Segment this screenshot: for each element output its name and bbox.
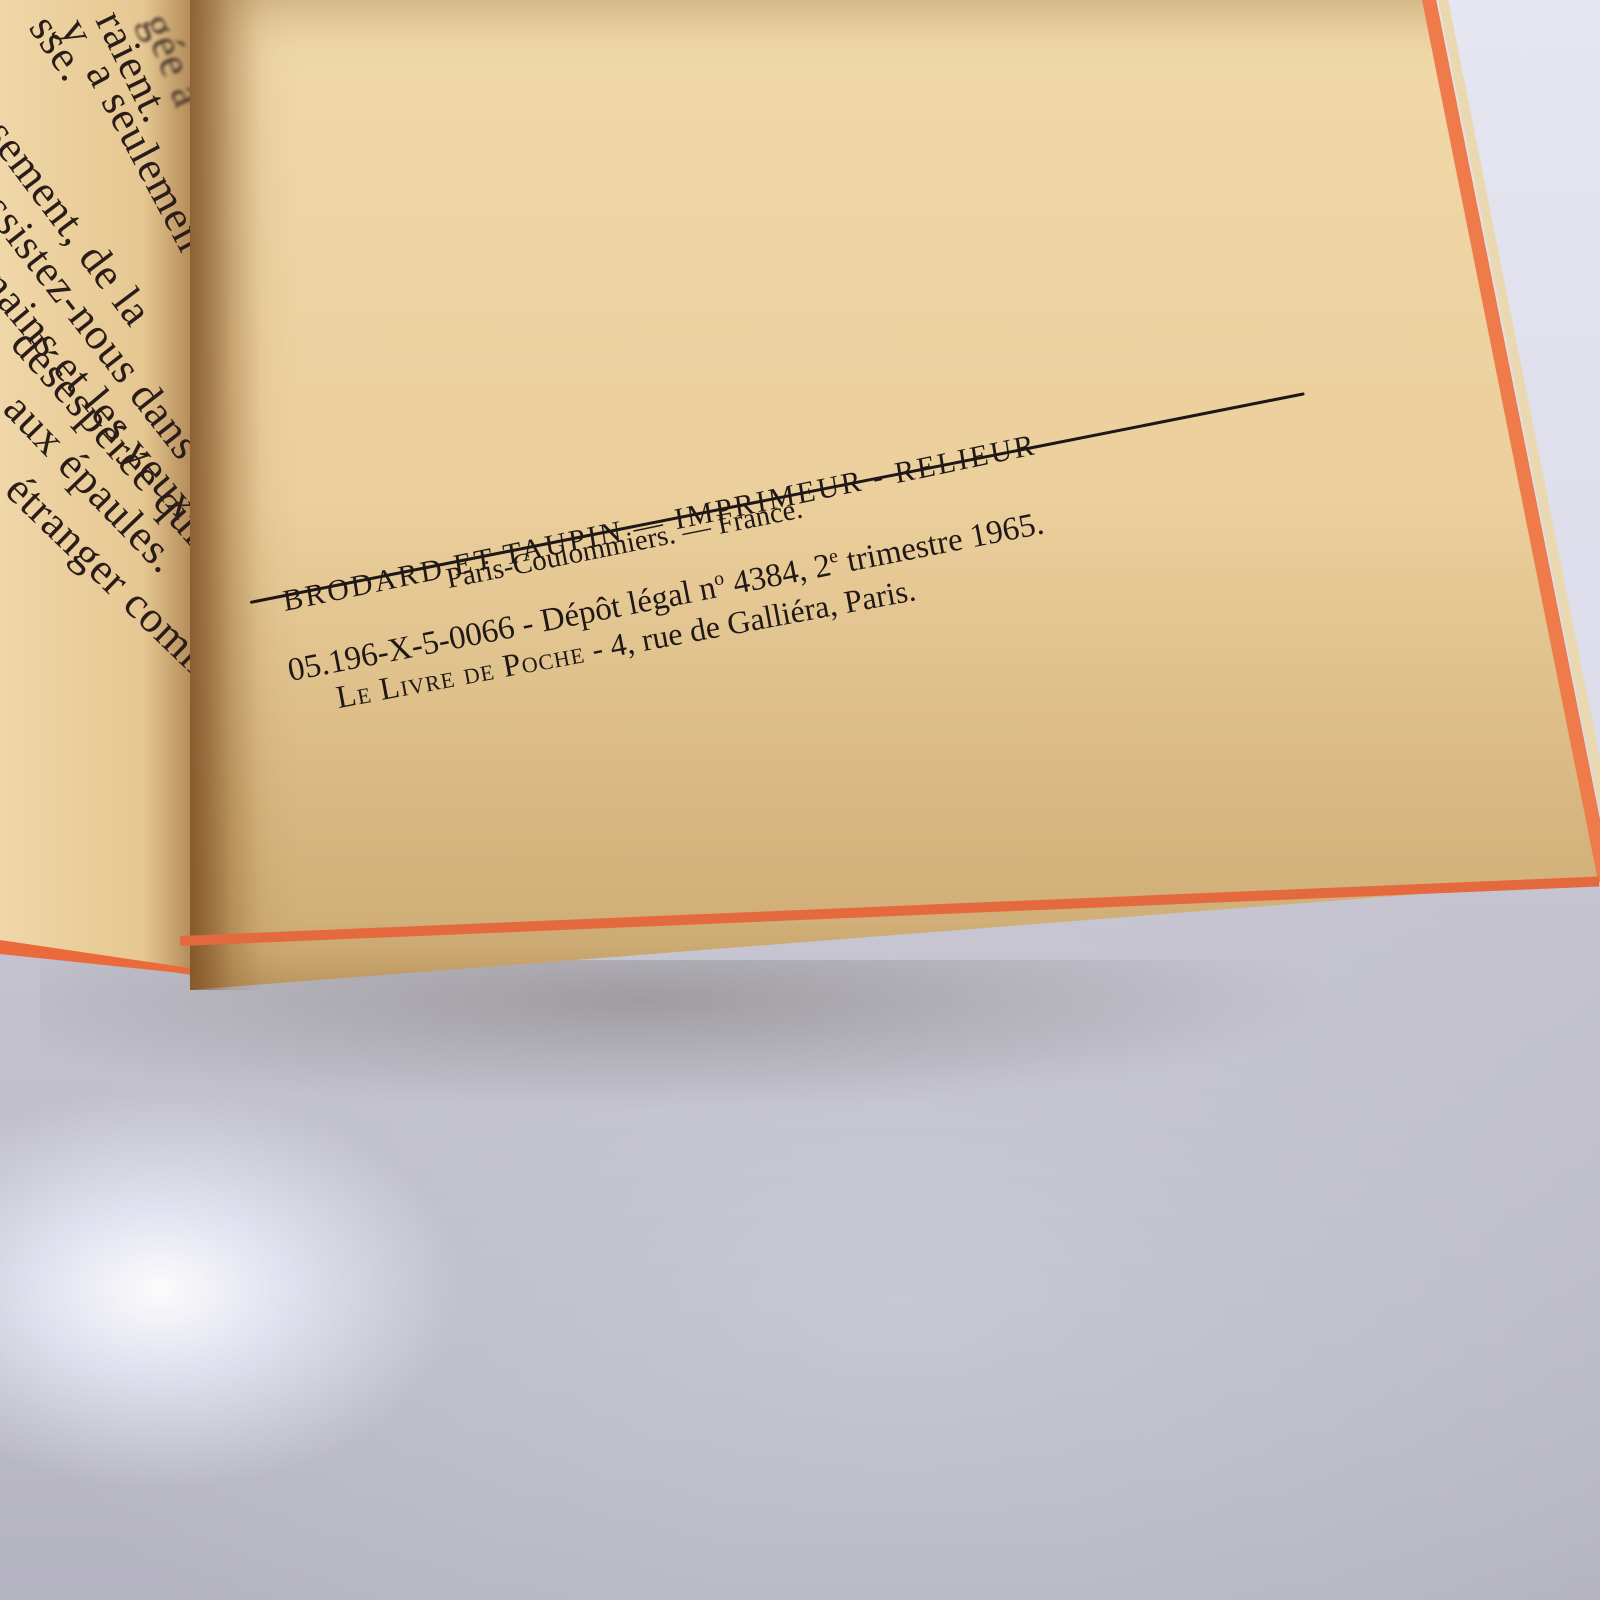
book-shadow <box>40 960 1440 1180</box>
legal-deposit-suffix: trimestre 1965. <box>836 506 1047 581</box>
colophon: BRODARD ET TAUPIN — IMPRIMEUR - RELIEUR … <box>250 395 1300 735</box>
